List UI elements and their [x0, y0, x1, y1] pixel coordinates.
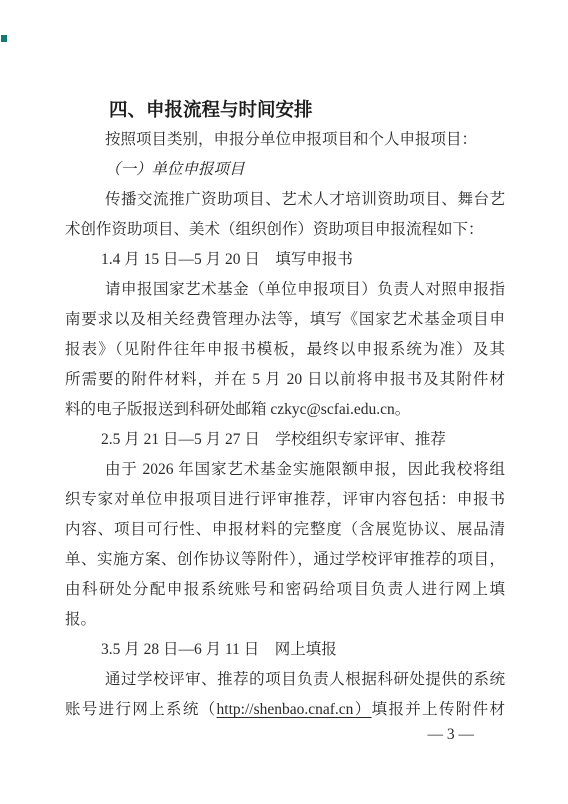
body-line: 报。 — [65, 605, 505, 635]
body-line: 织专家对单位申报项目进行评审推荐，评审内容包括：申报书 — [65, 485, 505, 515]
heading-line: 四、申报流程与时间安排 — [65, 95, 505, 125]
page-number: — 3 — — [428, 723, 475, 747]
body-line: 南要求以及相关经费管理办法等，填写《国家艺术基金项目申 — [65, 305, 505, 335]
link-closing-paren: ） — [353, 701, 371, 718]
document-content: 四、申报流程与时间安排按照项目类别，申报分单位申报项目和个人申报项目：（一）单位… — [65, 95, 505, 725]
step-line: 1.4 月 15 日—5 月 20 日 填写申报书 — [65, 245, 505, 275]
body-line: 所需要的附件材料，并在 5 月 20 日以前将申报书及其附件材 — [65, 365, 505, 395]
application-system-link[interactable]: http://shenbao.cnaf.cn — [217, 701, 354, 718]
link-line-prefix: 账号进行网上系统（ — [65, 701, 217, 718]
document-page: 四、申报流程与时间安排按照项目类别，申报分单位申报项目和个人申报项目：（一）单位… — [0, 0, 568, 804]
body-line: 账号进行网上系统（http://shenbao.cnaf.cn）填报并上传附件材 — [65, 695, 505, 725]
body-line: 料的电子版报送到科研处邮箱 czkyc@scfai.edu.cn。 — [65, 395, 505, 425]
body-line: 由于 2026 年国家艺术基金实施限额申报，因此我校将组 — [65, 455, 505, 485]
subheading-line: （一）单位申报项目 — [65, 155, 505, 185]
body-line: 按照项目类别，申报分单位申报项目和个人申报项目： — [65, 125, 505, 155]
body-line: 由科研处分配申报系统账号和密码给项目负责人进行网上填 — [65, 575, 505, 605]
body-line: 内容、项目可行性、申报材料的完整度（含展览协议、展品清 — [65, 515, 505, 545]
scan-artifact-mark — [1, 35, 7, 42]
body-line: 术创作资助项目、美术（组织创作）资助项目申报流程如下： — [65, 215, 505, 245]
body-line: 请申报国家艺术基金（单位申报项目）负责人对照申报指 — [65, 275, 505, 305]
body-line: 单、实施方案、创作协议等附件），通过学校评审推荐的项目， — [65, 545, 505, 575]
body-line: 传播交流推广资助项目、艺术人才培训资助项目、舞台艺 — [65, 185, 505, 215]
step-line: 3.5 月 28 日—6 月 11 日 网上填报 — [65, 635, 505, 665]
link-line-suffix: 填报并上传附件材 — [372, 701, 505, 718]
body-line: 通过学校评审、推荐的项目负责人根据科研处提供的系统 — [65, 665, 505, 695]
step-line: 2.5 月 21 日—5 月 27 日 学校组织专家评审、推荐 — [65, 425, 505, 455]
body-line: 报表》（见附件往年申报书模板，最终以申报系统为准）及其 — [65, 335, 505, 365]
